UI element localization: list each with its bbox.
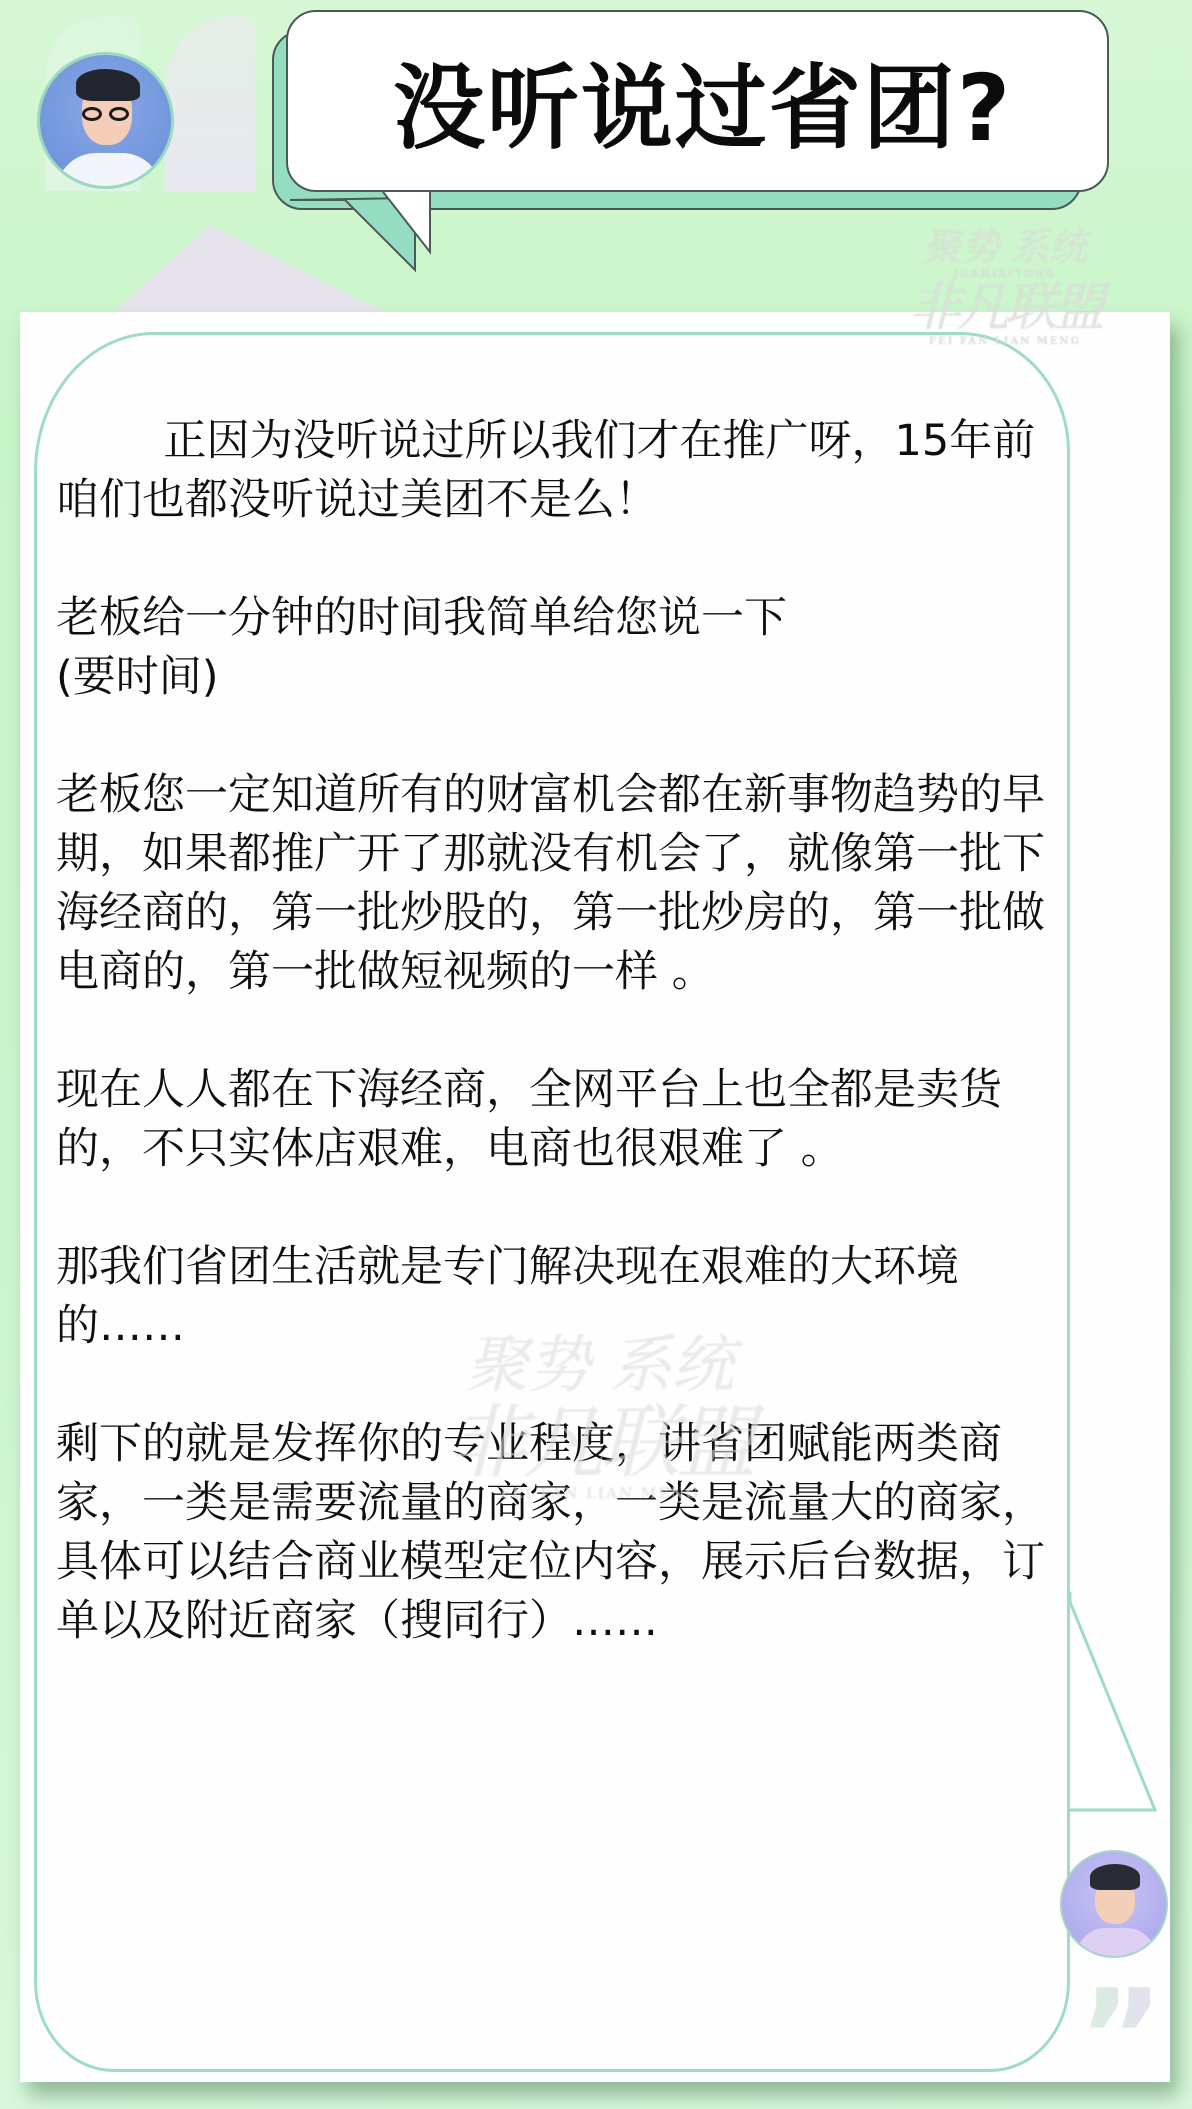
content-card: 正因为没听说过所以我们才在推广呀，15年前咱们也都没听说过美团不是么！ 老板给一… xyxy=(20,312,1170,2082)
avatar-hair xyxy=(76,69,140,101)
glasses-icon xyxy=(82,107,134,121)
page-title: 没听说过省团? xyxy=(393,35,1012,167)
paragraph-intro: 正因为没听说过所以我们才在推广呀，15年前咱们也都没听说过美团不是么！ xyxy=(56,412,1046,530)
message-body: 正因为没听说过所以我们才在推广呀，15年前咱们也都没听说过美团不是么！ 老板给一… xyxy=(56,412,1046,1710)
avatar-body xyxy=(1076,1928,1156,1958)
close-quote-icon: ” xyxy=(1078,1972,1163,2102)
paragraph-next-steps: 剩下的就是发挥你的专业程度，讲省团赋能两类商家，一类是需要流量的商家，一类是流量… xyxy=(56,1415,1046,1651)
decorative-triangle xyxy=(110,225,390,315)
paragraph-solution: 那我们省团生活就是专门解决现在艰难的大环境的…… xyxy=(56,1238,1046,1356)
avatar-hair xyxy=(1090,1864,1140,1890)
paragraph-opportunity: 老板您一定知道所有的财富机会都在新事物趋势的早期，如果都推广开了那就没有机会了，… xyxy=(56,766,1046,1002)
avatar xyxy=(1060,1850,1168,1958)
avatar xyxy=(37,52,174,189)
open-quote-icon xyxy=(165,16,255,191)
paragraph-market: 现在人人都在下海经商，全网平台上也全都是卖货的，不只实体店艰难，电商也很艰难了 … xyxy=(56,1061,1046,1179)
paragraph-ask-time: 老板给一分钟的时间我简单给您说一下 (要时间) xyxy=(56,589,1046,707)
title-bubble: 没听说过省团? xyxy=(286,10,1109,192)
avatar-body xyxy=(56,153,162,189)
